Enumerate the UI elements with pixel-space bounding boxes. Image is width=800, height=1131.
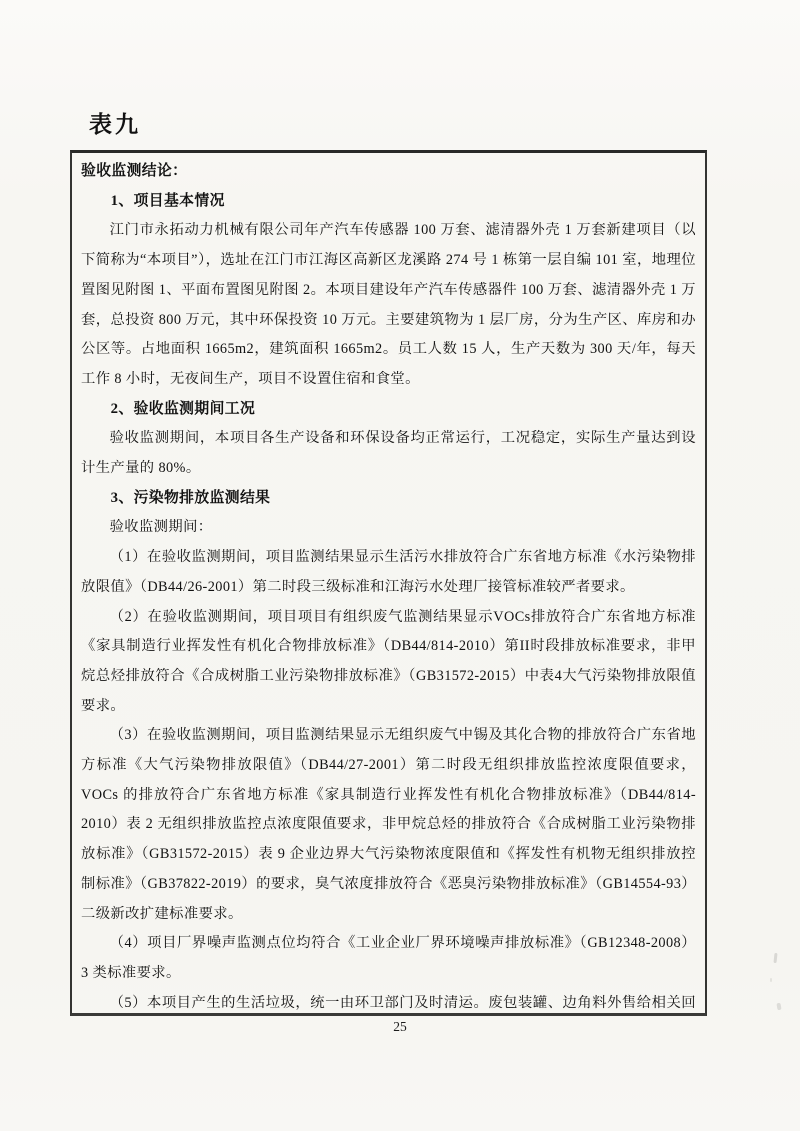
- paragraph-result-3-fugitive-exhaust: （3）在验收监测期间，项目监测结果显示无组织废气中锡及其化合物的排放符合广东省地…: [81, 721, 696, 929]
- paragraph-result-2-organized-exhaust: （2）在验收监测期间，项目项目有组织废气监测结果显示VOCs排放符合广东省地方标…: [81, 603, 696, 722]
- section-2-heading: 2、验收监测期间工况: [81, 395, 696, 425]
- page-number: 25: [0, 1019, 800, 1035]
- paragraph-result-1-wastewater: （1）在验收监测期间，项目监测结果显示生活污水排放符合广东省地方标准《水污染物排…: [81, 543, 696, 602]
- scan-noise-mark: [776, 1003, 781, 1011]
- paragraph-result-5-solid-waste: （5）本项目产生的生活垃圾，统一由环卫部门及时清运。废包装罐、边角料外售给相关回…: [81, 989, 696, 1016]
- section-3-heading: 3、污染物排放监测结果: [81, 484, 696, 514]
- conclusion-heading: 验收监测结论：: [81, 157, 696, 187]
- scan-noise-mark: [770, 978, 772, 982]
- paragraph-monitoring-period-intro: 验收监测期间：: [81, 513, 696, 543]
- scanned-document-page: 表九 验收监测结论： 1、项目基本情况 江门市永拓动力机械有限公司年产汽车传感器…: [0, 0, 800, 1131]
- paragraph-project-overview: 江门市永拓动力机械有限公司年产汽车传感器 100 万套、滤清器外壳 1 万套新建…: [81, 216, 696, 394]
- section-1-heading: 1、项目基本情况: [81, 187, 696, 217]
- table-nine-title: 表九: [89, 106, 141, 139]
- scan-noise-mark: [773, 953, 777, 963]
- paragraph-operating-conditions: 验收监测期间，本项目各生产设备和环保设备均正常运行，工况稳定，实际生产量达到设计…: [81, 424, 696, 483]
- conclusion-content-box: 验收监测结论： 1、项目基本情况 江门市永拓动力机械有限公司年产汽车传感器 10…: [70, 150, 707, 1016]
- paragraph-result-4-noise: （4）项目厂界噪声监测点位均符合《工业企业厂界环境噪声排放标准》（GB12348…: [81, 929, 696, 988]
